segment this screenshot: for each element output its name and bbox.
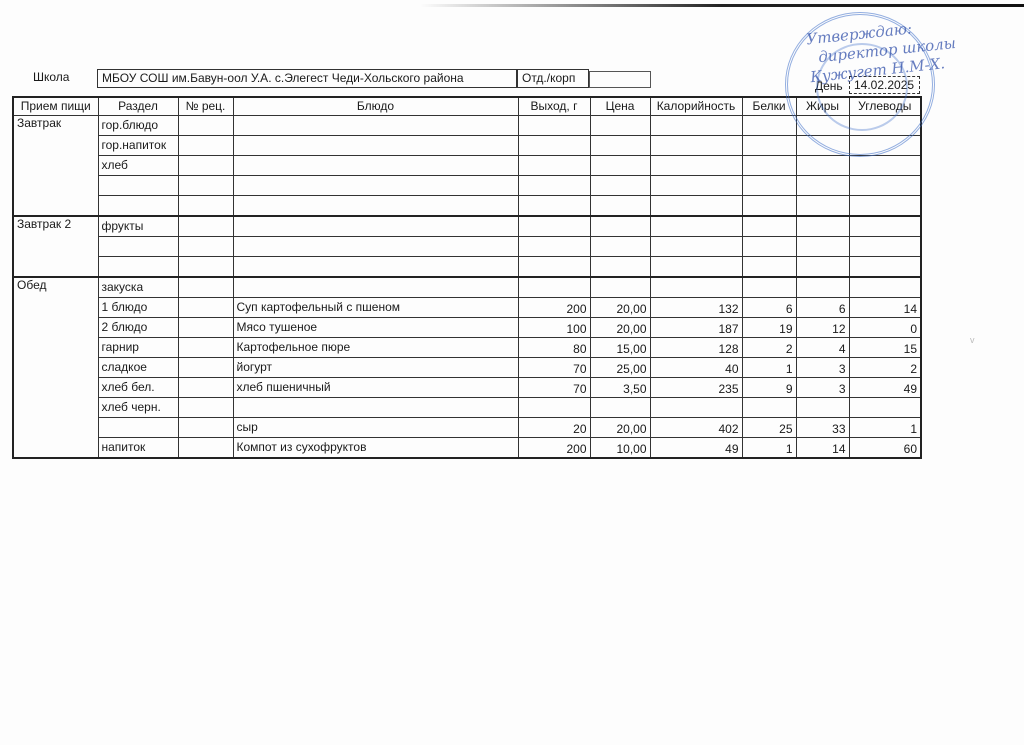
table-row: сыр2020,0040225331 bbox=[13, 418, 921, 438]
price-cell bbox=[590, 196, 650, 217]
dish-cell bbox=[233, 196, 518, 217]
recipe-cell bbox=[178, 116, 233, 136]
carbs-cell: 14 bbox=[849, 298, 921, 318]
section-cell bbox=[98, 176, 178, 196]
protein-cell: 19 bbox=[742, 318, 796, 338]
dish-cell: Мясо тушеное bbox=[233, 318, 518, 338]
price-cell: 25,00 bbox=[590, 358, 650, 378]
fat-cell bbox=[796, 237, 849, 257]
carbs-cell bbox=[849, 237, 921, 257]
yield-cell: 100 bbox=[518, 318, 590, 338]
yield-cell bbox=[518, 156, 590, 176]
fat-cell: 3 bbox=[796, 358, 849, 378]
recipe-cell bbox=[178, 136, 233, 156]
section-cell bbox=[98, 237, 178, 257]
meal-cell: Завтрак bbox=[13, 116, 98, 217]
yield-cell: 70 bbox=[518, 358, 590, 378]
fat-cell bbox=[796, 398, 849, 418]
recipe-cell bbox=[178, 176, 233, 196]
fat-cell bbox=[796, 136, 849, 156]
price-cell bbox=[590, 116, 650, 136]
yield-cell bbox=[518, 257, 590, 278]
carbs-cell bbox=[849, 257, 921, 278]
section-cell bbox=[98, 418, 178, 438]
price-cell bbox=[590, 136, 650, 156]
column-header-yield: Выход, г bbox=[518, 97, 590, 116]
kcal-cell: 132 bbox=[650, 298, 742, 318]
protein-cell bbox=[742, 398, 796, 418]
price-cell bbox=[590, 156, 650, 176]
column-header-carbs: Углеводы bbox=[849, 97, 921, 116]
price-cell bbox=[590, 277, 650, 298]
section-cell: гор.блюдо bbox=[98, 116, 178, 136]
column-header-price: Цена bbox=[590, 97, 650, 116]
table-row bbox=[13, 257, 921, 278]
column-header-section: Раздел bbox=[98, 97, 178, 116]
carbs-cell: 15 bbox=[849, 338, 921, 358]
dish-cell bbox=[233, 277, 518, 298]
yield-cell bbox=[518, 277, 590, 298]
yield-cell bbox=[518, 176, 590, 196]
dish-cell: Картофельное пюре bbox=[233, 338, 518, 358]
protein-cell: 2 bbox=[742, 338, 796, 358]
fat-cell: 6 bbox=[796, 298, 849, 318]
price-cell bbox=[590, 216, 650, 237]
meal-cell: Обед bbox=[13, 277, 98, 458]
section-cell: 2 блюдо bbox=[98, 318, 178, 338]
yield-cell bbox=[518, 237, 590, 257]
table-row: хлеб черн. bbox=[13, 398, 921, 418]
yield-cell bbox=[518, 136, 590, 156]
column-header-fat: Жиры bbox=[796, 97, 849, 116]
dish-cell bbox=[233, 176, 518, 196]
table-row: гарнирКартофельное пюре8015,001282415 bbox=[13, 338, 921, 358]
column-header-kcal: Калорийность bbox=[650, 97, 742, 116]
dish-cell bbox=[233, 136, 518, 156]
kcal-cell: 40 bbox=[650, 358, 742, 378]
column-header-recipe: № рец. bbox=[178, 97, 233, 116]
kcal-cell bbox=[650, 196, 742, 217]
recipe-cell bbox=[178, 338, 233, 358]
column-header-dish: Блюдо bbox=[233, 97, 518, 116]
carbs-cell bbox=[849, 216, 921, 237]
recipe-cell bbox=[178, 298, 233, 318]
price-cell bbox=[590, 176, 650, 196]
section-cell bbox=[98, 257, 178, 278]
yield-cell: 80 bbox=[518, 338, 590, 358]
column-header-meal: Прием пищи bbox=[13, 97, 98, 116]
recipe-cell bbox=[178, 398, 233, 418]
fat-cell bbox=[796, 176, 849, 196]
section-cell: закуска bbox=[98, 277, 178, 298]
fat-cell bbox=[796, 156, 849, 176]
recipe-cell bbox=[178, 196, 233, 217]
price-cell: 3,50 bbox=[590, 378, 650, 398]
recipe-cell bbox=[178, 257, 233, 278]
kcal-cell: 49 bbox=[650, 438, 742, 459]
approval-signature: Утверждаю: директор школы Кужугет Н.М-Х. bbox=[805, 14, 970, 87]
fat-cell: 14 bbox=[796, 438, 849, 459]
protein-cell bbox=[742, 237, 796, 257]
dish-cell bbox=[233, 116, 518, 136]
section-cell: гор.напиток bbox=[98, 136, 178, 156]
fat-cell: 12 bbox=[796, 318, 849, 338]
section-cell: 1 блюдо bbox=[98, 298, 178, 318]
fat-cell bbox=[796, 257, 849, 278]
scan-edge-bar bbox=[420, 4, 1024, 7]
protein-cell bbox=[742, 176, 796, 196]
section-cell: напиток bbox=[98, 438, 178, 459]
table-row bbox=[13, 196, 921, 217]
table-row: Завтрак 2фрукты bbox=[13, 216, 921, 237]
section-cell: фрукты bbox=[98, 216, 178, 237]
recipe-cell bbox=[178, 156, 233, 176]
table-row: Обедзакуска bbox=[13, 277, 921, 298]
yield-cell bbox=[518, 196, 590, 217]
recipe-cell bbox=[178, 216, 233, 237]
protein-cell bbox=[742, 116, 796, 136]
school-label: Школа bbox=[33, 70, 69, 84]
price-cell: 15,00 bbox=[590, 338, 650, 358]
fat-cell: 4 bbox=[796, 338, 849, 358]
yield-cell: 20 bbox=[518, 418, 590, 438]
recipe-cell bbox=[178, 378, 233, 398]
table-row: гор.напиток bbox=[13, 136, 921, 156]
price-cell: 10,00 bbox=[590, 438, 650, 459]
price-cell: 20,00 bbox=[590, 318, 650, 338]
protein-cell: 1 bbox=[742, 358, 796, 378]
column-header-protein: Белки bbox=[742, 97, 796, 116]
yield-cell bbox=[518, 398, 590, 418]
table-row: 2 блюдоМясо тушеное10020,0018719120 bbox=[13, 318, 921, 338]
dish-cell bbox=[233, 398, 518, 418]
recipe-cell bbox=[178, 277, 233, 298]
carbs-cell: 60 bbox=[849, 438, 921, 459]
dept-label: Отд./корп bbox=[517, 69, 589, 88]
dept-field bbox=[589, 71, 651, 88]
kcal-cell bbox=[650, 116, 742, 136]
section-cell: хлеб бел. bbox=[98, 378, 178, 398]
kcal-cell bbox=[650, 136, 742, 156]
section-cell: гарнир bbox=[98, 338, 178, 358]
table-header: Прием пищиРаздел№ рец.БлюдоВыход, гЦенаК… bbox=[13, 97, 921, 116]
fat-cell bbox=[796, 116, 849, 136]
table-row bbox=[13, 176, 921, 196]
price-cell: 20,00 bbox=[590, 298, 650, 318]
carbs-cell: 0 bbox=[849, 318, 921, 338]
recipe-cell bbox=[178, 237, 233, 257]
yield-cell bbox=[518, 116, 590, 136]
table-row: сладкоейогурт7025,0040132 bbox=[13, 358, 921, 378]
dish-cell: Компот из сухофруктов bbox=[233, 438, 518, 459]
table-row: хлеб bbox=[13, 156, 921, 176]
protein-cell bbox=[742, 257, 796, 278]
protein-cell: 9 bbox=[742, 378, 796, 398]
kcal-cell: 187 bbox=[650, 318, 742, 338]
fat-cell: 3 bbox=[796, 378, 849, 398]
dish-cell bbox=[233, 156, 518, 176]
school-name-field: МБОУ СОШ им.Бавун-оол У.А. с.Элегест Чед… bbox=[97, 69, 517, 88]
kcal-cell bbox=[650, 277, 742, 298]
table-row: 1 блюдоСуп картофельный с пшеном20020,00… bbox=[13, 298, 921, 318]
dish-cell bbox=[233, 237, 518, 257]
recipe-cell bbox=[178, 438, 233, 459]
section-cell bbox=[98, 196, 178, 217]
recipe-cell bbox=[178, 358, 233, 378]
yield-cell: 200 bbox=[518, 298, 590, 318]
recipe-cell bbox=[178, 318, 233, 338]
dish-cell: сыр bbox=[233, 418, 518, 438]
kcal-cell bbox=[650, 176, 742, 196]
fat-cell: 33 bbox=[796, 418, 849, 438]
dish-cell: йогурт bbox=[233, 358, 518, 378]
price-cell bbox=[590, 398, 650, 418]
protein-cell: 25 bbox=[742, 418, 796, 438]
fat-cell bbox=[796, 277, 849, 298]
carbs-cell bbox=[849, 116, 921, 136]
table-row bbox=[13, 237, 921, 257]
fat-cell bbox=[796, 196, 849, 217]
yield-cell bbox=[518, 216, 590, 237]
kcal-cell bbox=[650, 398, 742, 418]
kcal-cell: 235 bbox=[650, 378, 742, 398]
kcal-cell: 402 bbox=[650, 418, 742, 438]
yield-cell: 70 bbox=[518, 378, 590, 398]
dish-cell: Суп картофельный с пшеном bbox=[233, 298, 518, 318]
recipe-cell bbox=[178, 418, 233, 438]
table-row: хлеб бел.хлеб пшеничный703,502359349 bbox=[13, 378, 921, 398]
kcal-cell bbox=[650, 257, 742, 278]
table-row: напитокКомпот из сухофруктов20010,004911… bbox=[13, 438, 921, 459]
carbs-cell bbox=[849, 196, 921, 217]
carbs-cell bbox=[849, 156, 921, 176]
section-cell: сладкое bbox=[98, 358, 178, 378]
section-cell: хлеб черн. bbox=[98, 398, 178, 418]
dish-cell bbox=[233, 257, 518, 278]
price-cell: 20,00 bbox=[590, 418, 650, 438]
carbs-cell bbox=[849, 176, 921, 196]
protein-cell bbox=[742, 216, 796, 237]
fat-cell bbox=[796, 216, 849, 237]
protein-cell: 1 bbox=[742, 438, 796, 459]
carbs-cell: 1 bbox=[849, 418, 921, 438]
price-cell bbox=[590, 237, 650, 257]
carbs-cell bbox=[849, 136, 921, 156]
meal-cell: Завтрак 2 bbox=[13, 216, 98, 277]
section-cell: хлеб bbox=[98, 156, 178, 176]
kcal-cell bbox=[650, 156, 742, 176]
kcal-cell bbox=[650, 237, 742, 257]
protein-cell: 6 bbox=[742, 298, 796, 318]
scan-mark: v bbox=[970, 335, 975, 345]
carbs-cell: 2 bbox=[849, 358, 921, 378]
dish-cell: хлеб пшеничный bbox=[233, 378, 518, 398]
table-row: Завтракгор.блюдо bbox=[13, 116, 921, 136]
kcal-cell bbox=[650, 216, 742, 237]
protein-cell bbox=[742, 156, 796, 176]
carbs-cell: 49 bbox=[849, 378, 921, 398]
carbs-cell bbox=[849, 398, 921, 418]
price-cell bbox=[590, 257, 650, 278]
dish-cell bbox=[233, 216, 518, 237]
yield-cell: 200 bbox=[518, 438, 590, 459]
protein-cell bbox=[742, 277, 796, 298]
protein-cell bbox=[742, 136, 796, 156]
carbs-cell bbox=[849, 277, 921, 298]
menu-table: Прием пищиРаздел№ рец.БлюдоВыход, гЦенаК… bbox=[12, 96, 922, 459]
protein-cell bbox=[742, 196, 796, 217]
kcal-cell: 128 bbox=[650, 338, 742, 358]
